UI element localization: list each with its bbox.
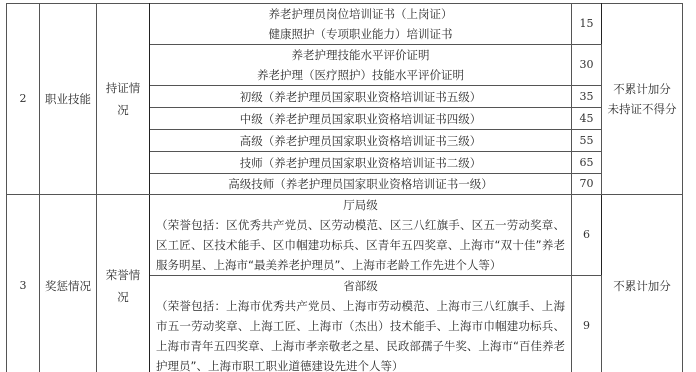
score-cell: 65 [572, 152, 602, 174]
certificate-line: 养老护理技能水平评价证明 [153, 45, 568, 65]
certificate-cell: 高级（养老护理员国家职业资格培训证书三级） [150, 130, 572, 152]
certificate-line: 健康照护（专项职业能力）培训证书 [153, 24, 568, 44]
score-cell: 70 [572, 174, 602, 195]
remark-cell: 不累计加分 未持证不得分 [602, 4, 683, 195]
remark-line: 不累计加分 [605, 276, 679, 296]
section-category: 奖惩情况 [40, 195, 97, 372]
scoring-table: 2 职业技能 持证情况 养老护理员岗位培训证书（上岗证） 健康照护（专项职业能力… [6, 3, 683, 372]
remark-line: 不累计加分 [605, 79, 679, 99]
score-cell: 15 [572, 4, 602, 45]
section-item: 荣誉情况 [97, 195, 150, 372]
section-item: 持证情况 [97, 4, 150, 195]
score-cell: 55 [572, 130, 602, 152]
honor-detail: （荣誉包括：上海市优秀共产党员、上海市劳动模范、上海市三八红旗手、上海市五一劳动… [156, 296, 565, 372]
section-index: 3 [7, 195, 40, 372]
table-row: 3 奖惩情况 荣誉情况 厅局级 （荣誉包括：区优秀共产党员、区劳动模范、区三八红… [7, 195, 683, 276]
remark-cell: 不累计加分 [602, 195, 683, 372]
certificate-line: 养老护理员岗位培训证书（上岗证） [153, 4, 568, 24]
certificate-cell: 初级（养老护理员国家职业资格培训证书五级） [150, 86, 572, 108]
certificate-cell: 高级技师（养老护理员国家职业资格培训证书一级） [150, 174, 572, 195]
honor-detail: （荣誉包括：区优秀共产党员、区劳动模范、区三八红旗手、区五一劳动奖章、区工匠、区… [156, 215, 565, 275]
score-cell: 6 [572, 195, 602, 276]
certificate-cell: 养老护理员岗位培训证书（上岗证） 健康照护（专项职业能力）培训证书 [150, 4, 572, 45]
honor-cell: 厅局级 （荣誉包括：区优秀共产党员、区劳动模范、区三八红旗手、区五一劳动奖章、区… [150, 195, 572, 276]
certificate-cell: 技师（养老护理员国家职业资格培训证书二级） [150, 152, 572, 174]
section-index: 2 [7, 4, 40, 195]
score-cell: 45 [572, 108, 602, 130]
section-item-label: 持证情况 [106, 81, 141, 117]
section-category: 职业技能 [40, 4, 97, 195]
score-cell: 35 [572, 86, 602, 108]
honor-cell: 省部级 （荣誉包括：上海市优秀共产党员、上海市劳动模范、上海市三八红旗手、上海市… [150, 276, 572, 372]
section-item-label: 荣誉情况 [106, 268, 141, 304]
honor-level-title: 厅局级 [156, 195, 565, 215]
certificate-cell: 养老护理技能水平评价证明 养老护理（医疗照护）技能水平评价证明 [150, 45, 572, 86]
honor-level-title: 省部级 [156, 276, 565, 296]
certificate-line: 养老护理（医疗照护）技能水平评价证明 [153, 65, 568, 85]
certificate-cell: 中级（养老护理员国家职业资格培训证书四级） [150, 108, 572, 130]
score-cell: 9 [572, 276, 602, 372]
table-row: 2 职业技能 持证情况 养老护理员岗位培训证书（上岗证） 健康照护（专项职业能力… [7, 4, 683, 45]
score-cell: 30 [572, 45, 602, 86]
remark-line: 未持证不得分 [605, 99, 679, 119]
